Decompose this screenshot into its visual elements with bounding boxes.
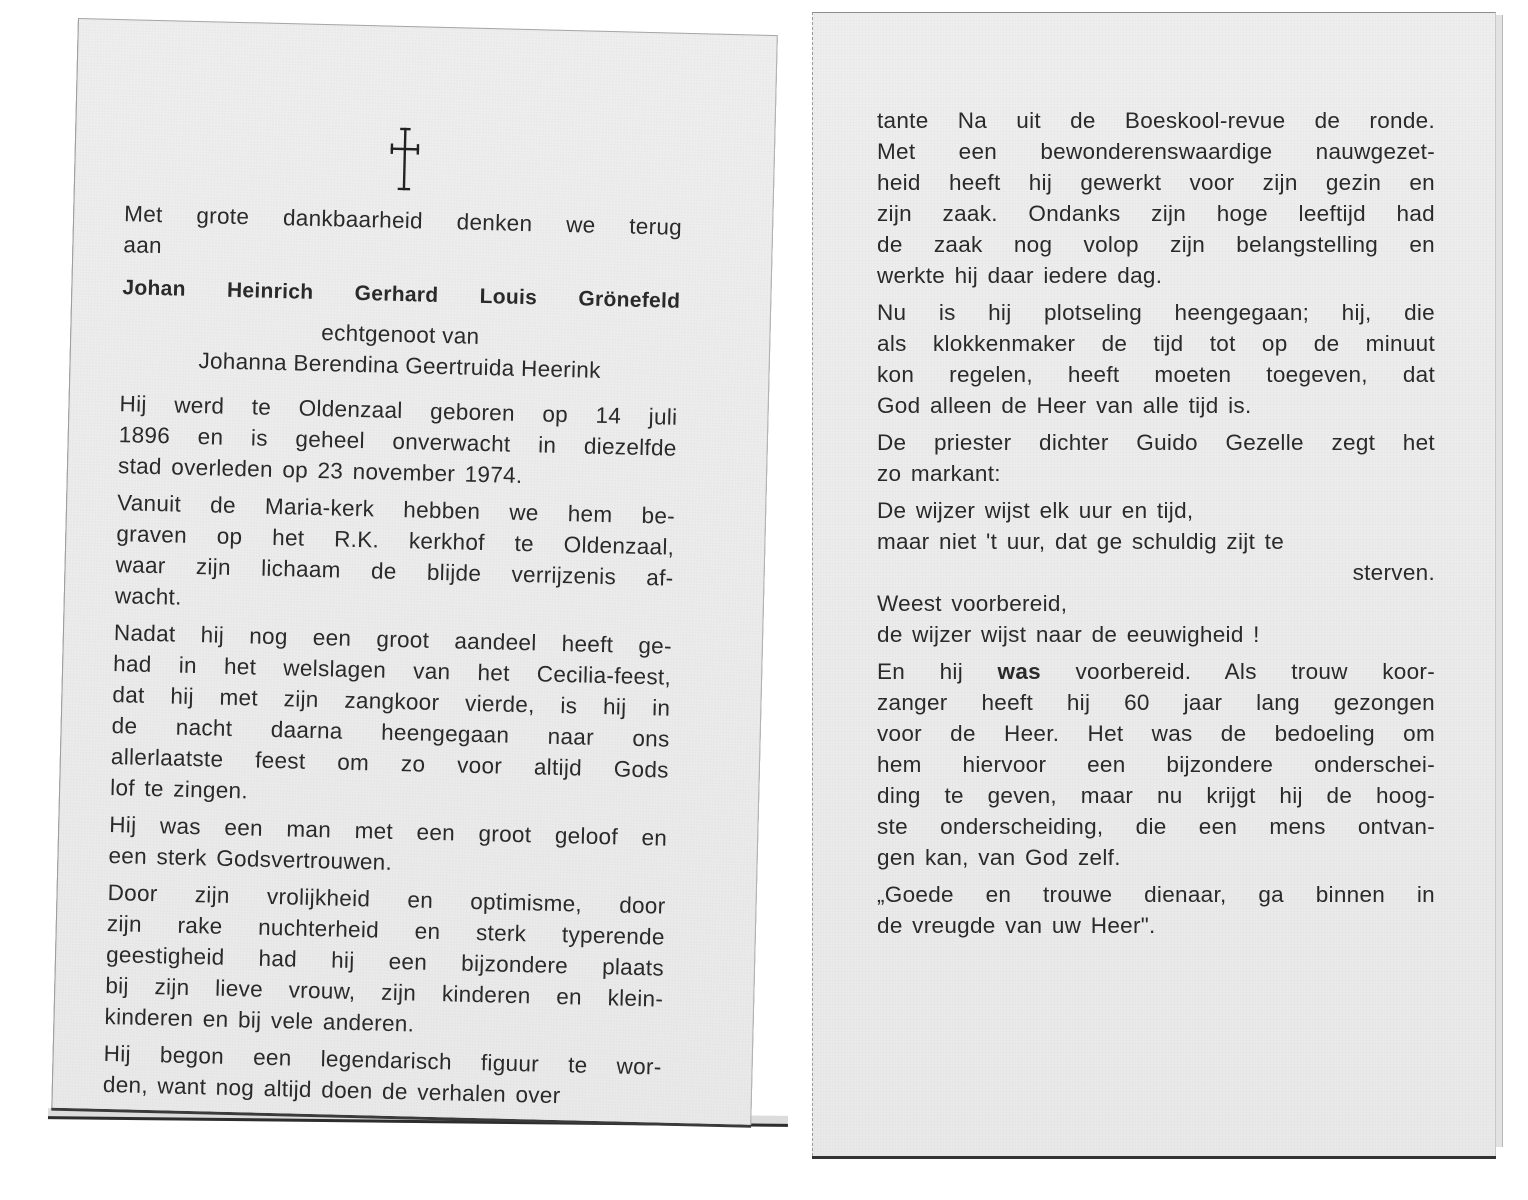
text-line: tante Na uit de Boeskool-revue de ronde. (877, 105, 1435, 136)
prepared-prefix: En hij (877, 659, 963, 684)
paragraph: Hij werd te Oldenzaal geboren op 14 juli… (118, 388, 678, 495)
intro-text: Met grote dankbaarheid denken we terug a… (123, 198, 682, 274)
prepared-suffix: voorbereid. Als trouw koor- (1075, 659, 1435, 684)
text-line: zijn zaak. Ondanks zijn hoge leeftijd ha… (877, 198, 1435, 229)
card-back-content: tante Na uit de Boeskool-revue de ronde.… (877, 105, 1435, 947)
memorial-card-back: tante Na uit de Boeskool-revue de ronde.… (812, 12, 1496, 1156)
card-front-content: Met grote dankbaarheid denken we terug a… (102, 120, 684, 1119)
paragraph: Hij was een man met een groot geloof ene… (108, 809, 667, 885)
paragraph: tante Na uit de Boeskool-revue de ronde.… (877, 105, 1435, 291)
paragraph: Nu is hij plotseling heengegaan; hij, di… (877, 297, 1435, 421)
poem-line: de wijzer wijst naar de eeuwigheid ! (877, 619, 1435, 650)
text-line: voor de Heer. Het was de bedoeling om (877, 718, 1435, 749)
poem-line: Weest voorbereid, (877, 588, 1435, 619)
tribute-text: tante Na uit de Boeskool-revue de ronde.… (877, 105, 1435, 489)
poem-overflow-word: sterven. (877, 557, 1435, 588)
text-line: De priester dichter Guido Gezelle zegt h… (877, 427, 1435, 458)
text-line: de zaak nog volop zijn belangstelling en (877, 229, 1435, 260)
text-line: ste onderscheiding, die een mens ontvan- (877, 811, 1435, 842)
text-line: werkte hij daar iedere dag. (877, 260, 1435, 291)
spouse-block: echtgenoot van Johanna Berendina Geertru… (120, 312, 679, 388)
memorial-card-front: Met grote dankbaarheid denken we terug a… (51, 18, 777, 1125)
paragraph: De priester dichter Guido Gezelle zegt h… (877, 427, 1435, 489)
deceased-name: Johan Heinrich Gerhard Louis Grönefeld (122, 276, 680, 314)
text-line: hem hiervoor een bijzondere onderschei- (877, 749, 1435, 780)
poem-line: De wijzer wijst elk uur en tijd, (877, 495, 1435, 526)
text-line: ding te geven, maar nu krijgt hij de hoo… (877, 780, 1435, 811)
cross-icon (389, 127, 421, 192)
poem-line: maar niet 't uur, dat ge schuldig zijt t… (877, 526, 1435, 557)
text-line: gen kan, van God zelf. (877, 842, 1435, 873)
text-line: Nu is hij plotseling heengegaan; hij, di… (877, 297, 1435, 328)
prepared-paragraph: En hij was voorbereid. Als trouw koor- z… (877, 656, 1435, 873)
quote-line: de vreugde van uw Heer". (877, 910, 1435, 941)
text-line: zo markant: (877, 458, 1435, 489)
paragraph: Door zijn vrolijkheid en optimisme, door… (104, 877, 666, 1046)
prepared-first-line: En hij was voorbereid. Als trouw koor- (877, 656, 1435, 687)
text-line: als klokkenmaker de tijd tot op de minuu… (877, 328, 1435, 359)
paragraph: Nadat hij nog een groot aandeel heeft ge… (110, 617, 672, 817)
text-line: kon regelen, heeft moeten toegeven, dat (877, 359, 1435, 390)
paragraph: Vanuit de Maria-kerk hebben we hem be-gr… (115, 487, 676, 625)
text-line: Met een bewonderenswaardige nauwgezet- (877, 136, 1435, 167)
closing-quote: „Goede en trouwe dienaar, ga binnen in d… (877, 879, 1435, 941)
prepared-emphasis: was (998, 659, 1041, 684)
text-line: heid heeft hij gewerkt voor zijn gezin e… (877, 167, 1435, 198)
text-line: God alleen de Heer van alle tijd is. (877, 390, 1435, 421)
biography-text: Hij werd te Oldenzaal geboren op 14 juli… (103, 388, 678, 1113)
paragraph: Hij begon een legendarisch figuur te wor… (103, 1038, 662, 1114)
text-line: zanger heeft hij 60 jaar lang gezongen (877, 687, 1435, 718)
poem: De wijzer wijst elk uur en tijd, maar ni… (877, 495, 1435, 650)
quote-line: „Goede en trouwe dienaar, ga binnen in (877, 879, 1435, 910)
